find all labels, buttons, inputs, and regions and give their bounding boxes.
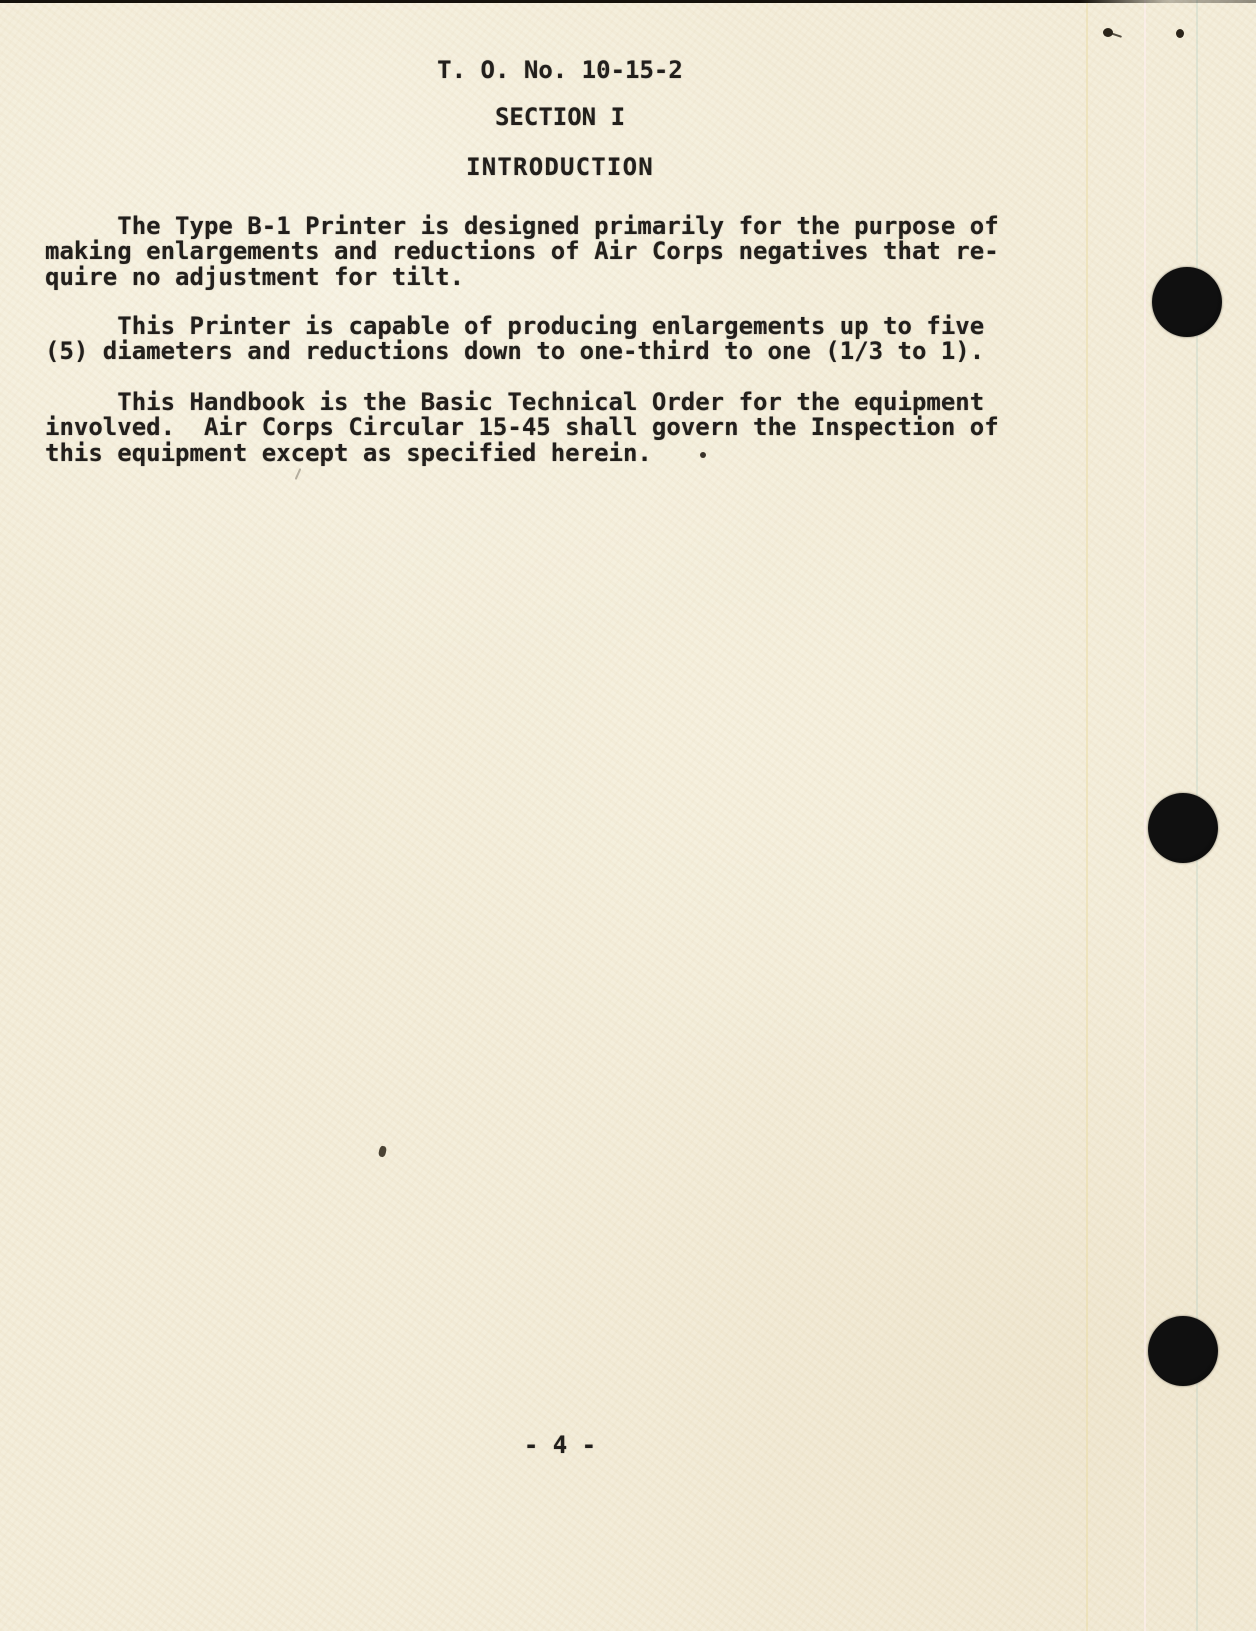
page-title: INTRODUCTION [45, 155, 1075, 180]
ink-speck [1176, 29, 1184, 38]
paragraph-2: This Printer is capable of producing enl… [45, 314, 1045, 365]
page-number: - 4 - [45, 1433, 1075, 1458]
paragraph-1: The Type B-1 Printer is designed primari… [45, 214, 1045, 290]
scan-streak [1144, 0, 1146, 1631]
doc-number-header: T. O. No. 10-15-2 [45, 58, 1075, 83]
document-page: T. O. No. 10-15-2 SECTION I INTRODUCTION… [0, 0, 1256, 1631]
ink-speck [700, 452, 706, 458]
ink-speck [378, 1145, 387, 1157]
paragraph-3: This Handbook is the Basic Technical Ord… [45, 390, 1045, 466]
section-heading: SECTION I [45, 105, 1075, 130]
punch-hole-middle [1148, 793, 1218, 863]
ink-speck [1110, 32, 1122, 38]
punch-hole-bottom [1148, 1316, 1218, 1386]
punch-hole-top [1152, 267, 1222, 337]
scan-streak [1086, 0, 1088, 1631]
ink-speck [295, 468, 302, 480]
scan-edge-top [0, 0, 1256, 3]
